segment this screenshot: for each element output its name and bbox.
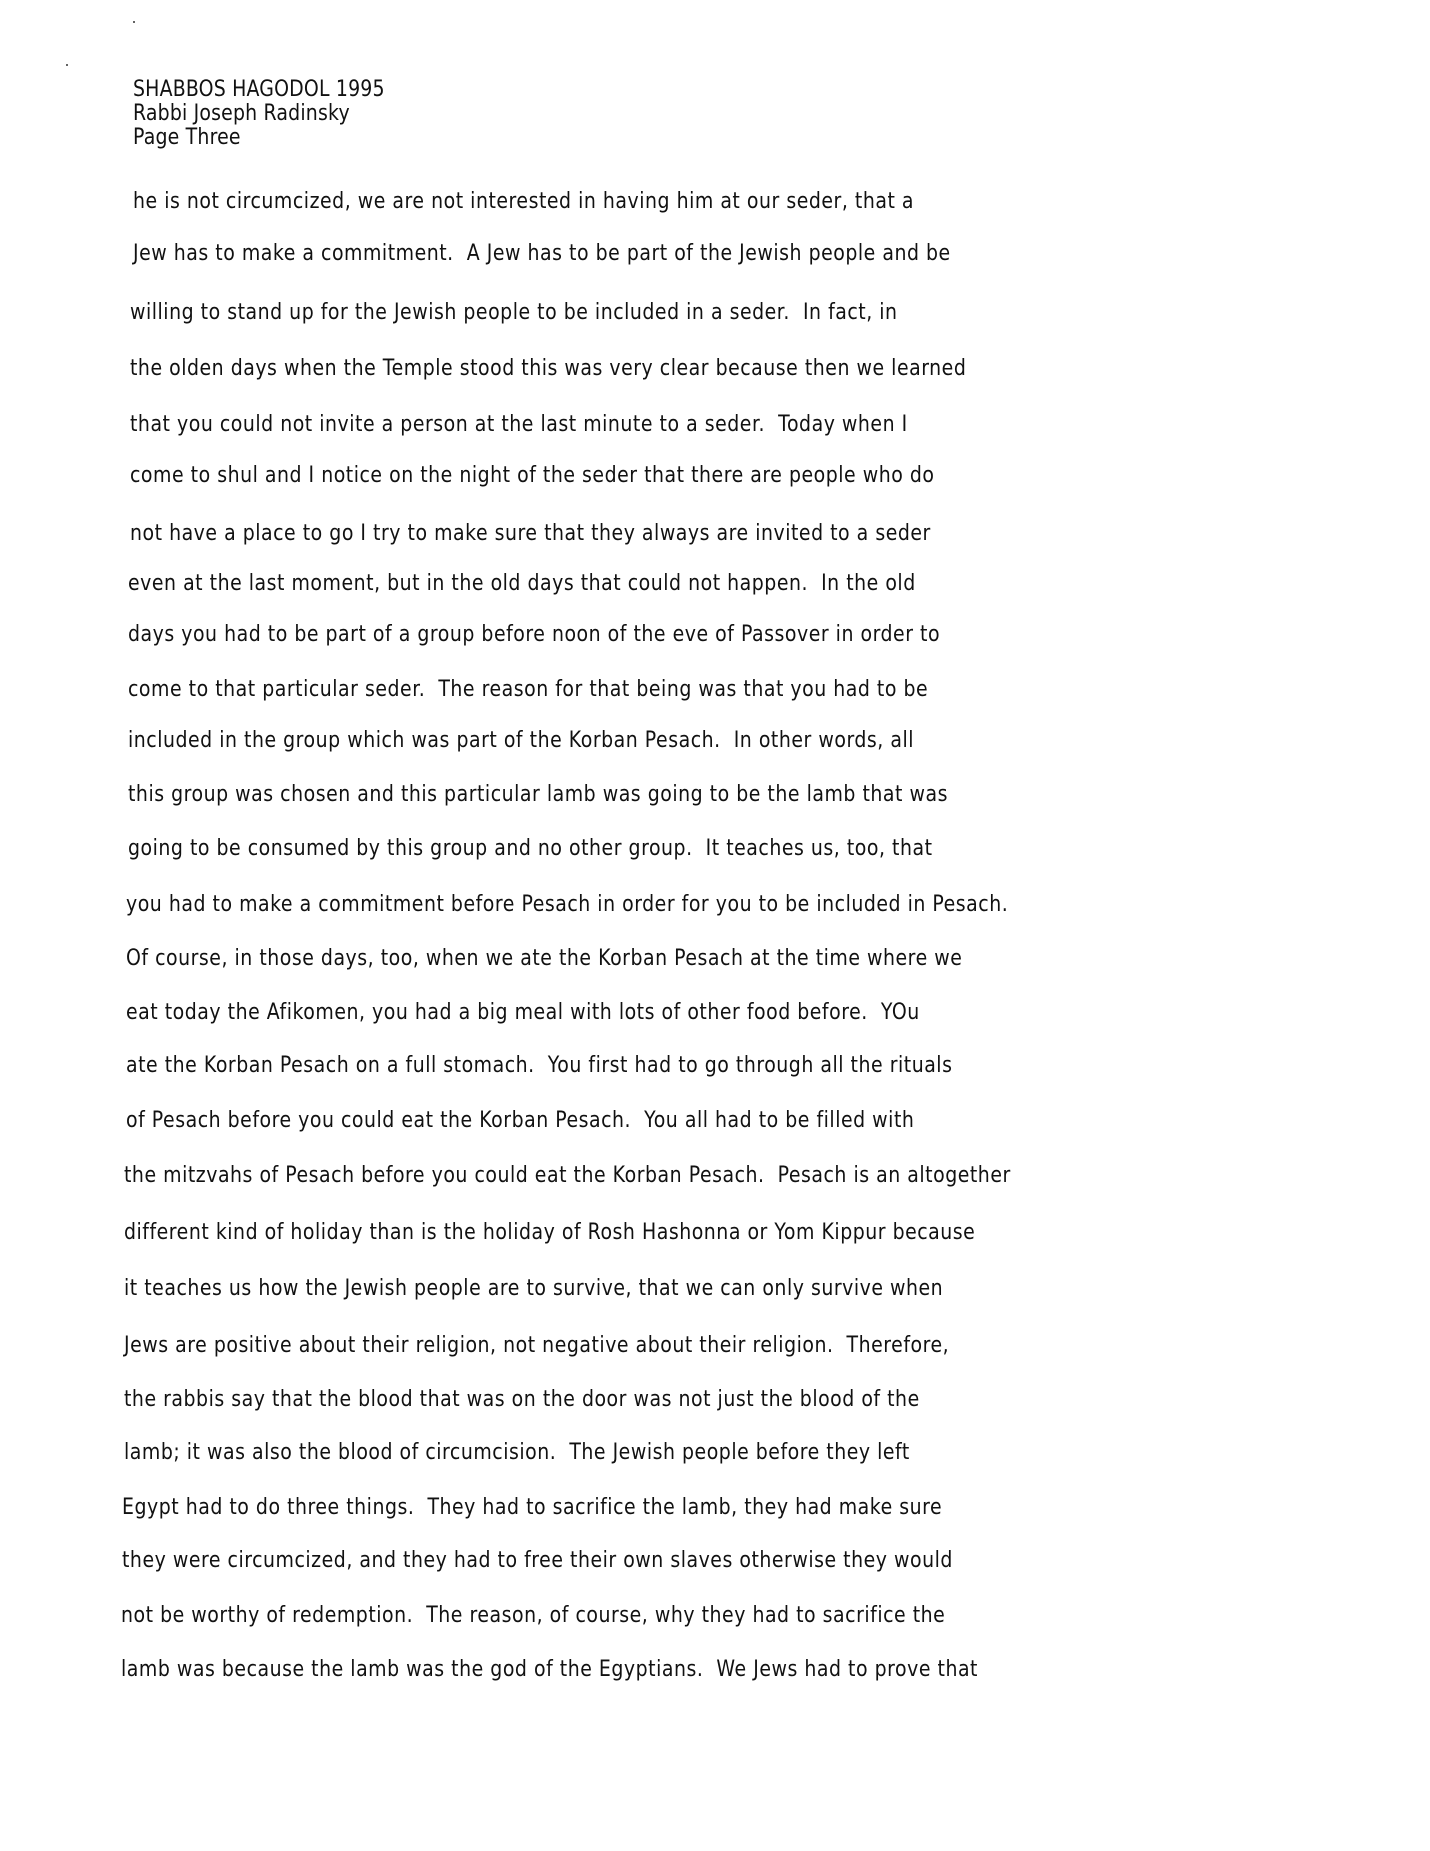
text-line: Jew has to make a commitment. A Jew has … — [133, 241, 951, 267]
document-page: SHABBOS HAGODOL 1995 Rabbi Joseph Radins… — [0, 0, 1430, 1851]
text-line: it teaches us how the Jewish people are … — [124, 1276, 943, 1302]
document-author: Rabbi Joseph Radinsky — [133, 102, 385, 126]
text-line: not have a place to go I try to make sur… — [130, 521, 931, 547]
text-line: you had to make a commitment before Pesa… — [126, 892, 1008, 918]
text-line: Egypt had to do three things. They had t… — [122, 1495, 942, 1521]
text-line: eat today the Afikomen, you had a big me… — [126, 1000, 920, 1026]
text-line: Jews are positive about their religion, … — [124, 1333, 949, 1359]
scan-speck — [133, 21, 135, 23]
text-line: the rabbis say that the blood that was o… — [124, 1387, 920, 1413]
text-line: the olden days when the Temple stood thi… — [130, 356, 966, 382]
scan-speck — [66, 64, 68, 66]
text-line: ate the Korban Pesach on a full stomach.… — [126, 1053, 952, 1079]
text-line: days you had to be part of a group befor… — [128, 622, 940, 648]
document-title: SHABBOS HAGODOL 1995 — [133, 78, 385, 102]
text-line: the mitzvahs of Pesach before you could … — [124, 1163, 1011, 1189]
text-line: come to that particular seder. The reaso… — [128, 677, 928, 703]
text-line: even at the last moment, but in the old … — [128, 571, 916, 597]
text-line: lamb was because the lamb was the god of… — [121, 1657, 978, 1683]
page-label: Page Three — [133, 126, 385, 150]
document-header: SHABBOS HAGODOL 1995 Rabbi Joseph Radins… — [133, 78, 385, 150]
text-line: not be worthy of redemption. The reason,… — [121, 1603, 945, 1629]
text-line: that you could not invite a person at th… — [130, 412, 908, 438]
text-line: going to be consumed by this group and n… — [128, 836, 933, 862]
text-line: come to shul and I notice on the night o… — [130, 463, 934, 489]
text-line: included in the group which was part of … — [128, 728, 914, 754]
text-line: he is not circumcized, we are not intere… — [133, 189, 914, 215]
text-line: they were circumcized, and they had to f… — [122, 1548, 953, 1574]
text-line: lamb; it was also the blood of circumcis… — [124, 1440, 910, 1466]
text-line: of Pesach before you could eat the Korba… — [126, 1108, 914, 1134]
text-line: willing to stand up for the Jewish peopl… — [130, 300, 898, 326]
text-line: different kind of holiday than is the ho… — [124, 1220, 975, 1246]
text-line: Of course, in those days, too, when we a… — [126, 946, 962, 972]
text-line: this group was chosen and this particula… — [128, 782, 948, 808]
